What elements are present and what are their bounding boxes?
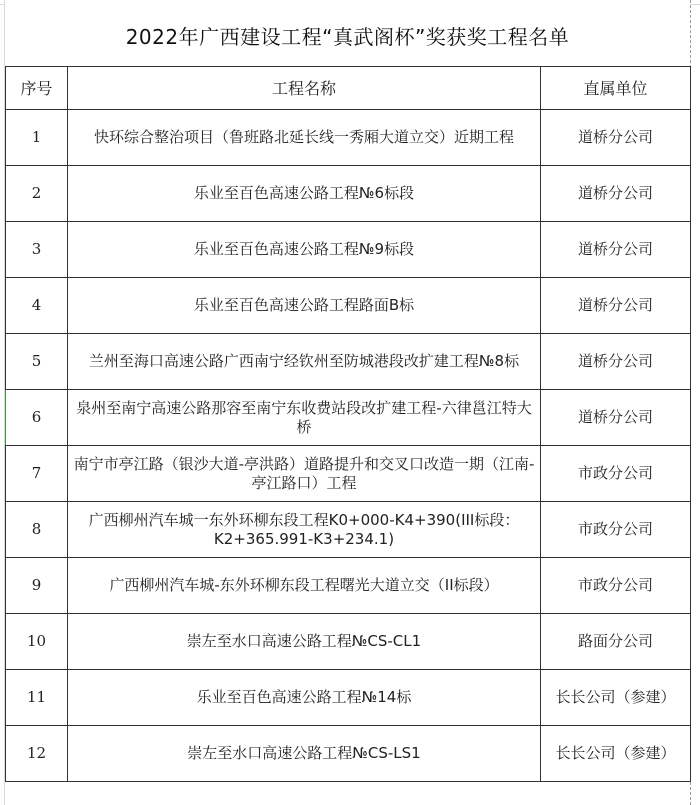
- table-row: 6 泉州至南宁高速公路那容至南宁东收费站段改扩建工程-六律邕江特大桥 道桥分公司: [6, 390, 691, 446]
- cell-no[interactable]: 7: [6, 446, 68, 502]
- table-row: 10 崇左至水口高速公路工程№CS-CL1 路面分公司: [6, 614, 691, 670]
- cell-unit[interactable]: 市政分公司: [541, 558, 691, 614]
- table-row: 9 广西柳州汽车城-东外环柳东段工程曙光大道立交（II标段） 市政分公司: [6, 558, 691, 614]
- cell-no[interactable]: 4: [6, 278, 68, 334]
- cell-no[interactable]: 3: [6, 222, 68, 278]
- cell-unit[interactable]: 道桥分公司: [541, 278, 691, 334]
- cell-no[interactable]: 1: [6, 110, 68, 166]
- cell-no[interactable]: 2: [6, 166, 68, 222]
- cell-name[interactable]: 快环综合整治项目（鲁班路北延长线一秀厢大道立交）近期工程: [68, 110, 541, 166]
- cell-unit[interactable]: 道桥分公司: [541, 166, 691, 222]
- cell-unit[interactable]: 路面分公司: [541, 614, 691, 670]
- cell-no[interactable]: 12: [6, 726, 68, 782]
- cell-no[interactable]: 10: [6, 614, 68, 670]
- cell-unit[interactable]: 道桥分公司: [541, 390, 691, 446]
- table-row: 8 广西柳州汽车城一东外环柳东段工程K0+000-K4+390(III标段：K2…: [6, 502, 691, 558]
- table-row: 5 兰州至海口高速公路广西南宁经钦州至防城港段改扩建工程№8标 道桥分公司: [6, 334, 691, 390]
- table-row: 11 乐业至百色高速公路工程№14标 长长公司（参建）: [6, 670, 691, 726]
- cell-name[interactable]: 乐业至百色高速公路工程路面B标: [68, 278, 541, 334]
- header-no[interactable]: 序号: [6, 67, 68, 110]
- table-row: 1 快环综合整治项目（鲁班路北延长线一秀厢大道立交）近期工程 道桥分公司: [6, 110, 691, 166]
- cell-no[interactable]: 9: [6, 558, 68, 614]
- table-row: 4 乐业至百色高速公路工程路面B标 道桥分公司: [6, 278, 691, 334]
- cell-no[interactable]: 6: [6, 390, 68, 446]
- cell-name[interactable]: 兰州至海口高速公路广西南宁经钦州至防城港段改扩建工程№8标: [68, 334, 541, 390]
- header-name[interactable]: 工程名称: [68, 67, 541, 110]
- cell-name[interactable]: 崇左至水口高速公路工程№CS-CL1: [68, 614, 541, 670]
- cell-name[interactable]: 广西柳州汽车城一东外环柳东段工程K0+000-K4+390(III标段：K2+3…: [68, 502, 541, 558]
- cell-unit[interactable]: 道桥分公司: [541, 334, 691, 390]
- cell-no[interactable]: 11: [6, 670, 68, 726]
- cell-unit[interactable]: 市政分公司: [541, 502, 691, 558]
- sheet-title[interactable]: 2022年广西建设工程“真武阁杯”奖获奖工程名单: [5, 4, 690, 66]
- cell-unit[interactable]: 市政分公司: [541, 446, 691, 502]
- cell-unit[interactable]: 长长公司（参建）: [541, 670, 691, 726]
- cell-unit[interactable]: 道桥分公司: [541, 110, 691, 166]
- cell-unit[interactable]: 长长公司（参建）: [541, 726, 691, 782]
- cell-name[interactable]: 乐业至百色高速公路工程№9标段: [68, 222, 541, 278]
- cell-name[interactable]: 乐业至百色高速公路工程№6标段: [68, 166, 541, 222]
- table-row: 7 南宁市亭江路（银沙大道-亭洪路）道路提升和交叉口改造一期（江南-亭江路口）工…: [6, 446, 691, 502]
- cell-name[interactable]: 广西柳州汽车城-东外环柳东段工程曙光大道立交（II标段）: [68, 558, 541, 614]
- table-row: 12 崇左至水口高速公路工程№CS-LS1 长长公司（参建）: [6, 726, 691, 782]
- header-row: 序号 工程名称 直属单位: [6, 67, 691, 110]
- table-row: 2 乐业至百色高速公路工程№6标段 道桥分公司: [6, 166, 691, 222]
- cell-name[interactable]: 泉州至南宁高速公路那容至南宁东收费站段改扩建工程-六律邕江特大桥: [68, 390, 541, 446]
- award-list-table: 序号 工程名称 直属单位 1 快环综合整治项目（鲁班路北延长线一秀厢大道立交）近…: [5, 66, 691, 782]
- cell-name[interactable]: 南宁市亭江路（银沙大道-亭洪路）道路提升和交叉口改造一期（江南-亭江路口）工程: [68, 446, 541, 502]
- cell-name[interactable]: 乐业至百色高速公路工程№14标: [68, 670, 541, 726]
- header-unit[interactable]: 直属单位: [541, 67, 691, 110]
- cell-name[interactable]: 崇左至水口高速公路工程№CS-LS1: [68, 726, 541, 782]
- cell-no[interactable]: 5: [6, 334, 68, 390]
- cell-unit[interactable]: 道桥分公司: [541, 222, 691, 278]
- cell-no[interactable]: 8: [6, 502, 68, 558]
- table-row: 3 乐业至百色高速公路工程№9标段 道桥分公司: [6, 222, 691, 278]
